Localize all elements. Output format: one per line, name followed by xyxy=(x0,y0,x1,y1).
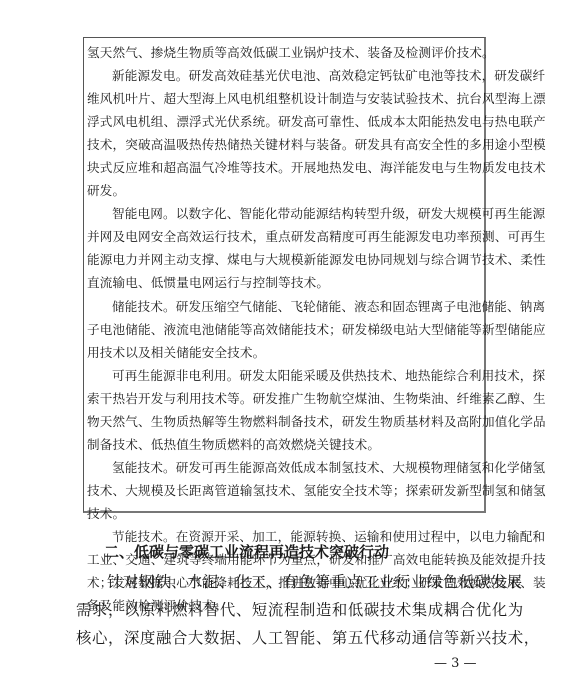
box-line: 技术。 xyxy=(87,502,481,525)
box-line-smart-grid: 智能电网。以数字化、智能化带动能源结构转型升级，研发大规模可再生能源 xyxy=(87,202,481,225)
box-line: 制备技术、低热值生物质燃料的高效燃烧关键技术。 xyxy=(87,433,481,456)
box-line: 氢天然气、掺烧生物质等高效低碳工业锅炉技术、装备及检测评价技术。 xyxy=(87,41,481,64)
box-line: 直流输电、低惯量电网运行与控制等技术。 xyxy=(87,271,481,294)
box-line: 索干热岩开发与利用技术等。研发推广生物航空煤油、生物柴油、纤维素乙醇、生 xyxy=(87,387,481,410)
box-line: 研发。 xyxy=(87,179,481,202)
box-line: 物天然气、生物质热解等生物燃料制备技术，研发生物质基材料及高附加值化学品 xyxy=(87,410,481,433)
box-line-energy-storage: 储能技术。研发压缩空气储能、飞轮储能、液态和固态锂离子电池储能、钠离 xyxy=(87,295,481,318)
box-line: 浮式风电机组、漂浮式光伏系统。研发高可靠性、低成本太阳能热发电与热电联产 xyxy=(87,110,481,133)
box-line-new-energy-power: 新能源发电。研发高效硅基光伏电池、高效稳定钙钛矿电池等技术，研发碳纤 xyxy=(87,64,481,87)
box-line: 技术，突破高温吸热传热储热关键材料与装备。研发具有高安全性的多用途小型模 xyxy=(87,133,481,156)
section-heading: 二、低碳与零碳工业流程再造技术突破行动 xyxy=(104,541,389,562)
paragraph-line: 针对钢铁、水泥、化工、有色等重点工业行业绿色低碳发展 xyxy=(76,568,506,596)
box-line: 用技术以及相关储能安全技术。 xyxy=(87,341,481,364)
paragraph-line: 核心，深度融合大数据、人工智能、第五代移动通信等新兴技术， xyxy=(76,624,506,652)
box-line-renewable-non-power: 可再生能源非电利用。研发太阳能采暖及供热技术、地热能综合利用技术，探 xyxy=(87,364,481,387)
box-line: 技术、大规模及长距离管道输氢技术、氢能安全技术等；探索研发新型制氢和储氢 xyxy=(87,479,481,502)
box-line: 并网及电网安全高效运行技术，重点研发高精度可再生能源发电功率预测、可再生 xyxy=(87,225,481,248)
box-line-hydrogen: 氢能技术。研发可再生能源高效低成本制氢技术、大规模物理储氢和化学储氢 xyxy=(87,456,481,479)
section-body: 针对钢铁、水泥、化工、有色等重点工业行业绿色低碳发展 需求，以原料燃料替代、短流… xyxy=(76,568,506,652)
paragraph-line: 需求，以原料燃料替代、短流程制造和低碳技术集成耦合优化为 xyxy=(76,596,506,624)
page-number: — 3 — xyxy=(434,656,477,671)
box-line: 子电池储能、液流电池储能等高效储能技术；研发梯级电站大型储能等新型储能应 xyxy=(87,318,481,341)
box-line: 维风机叶片、超大型海上风电机组整机设计制造与安装试验技术、抗台风型海上漂 xyxy=(87,87,481,110)
box-line: 能源电力并网主动支撑、煤电与大规模新能源发电协同规划与综合调节技术、柔性 xyxy=(87,248,481,271)
box-line: 块式反应堆和超高温气冷堆等技术。开展地热发电、海洋能发电与生物质发电技术 xyxy=(87,156,481,179)
technology-box: 氢天然气、掺烧生物质等高效低碳工业锅炉技术、装备及检测评价技术。 新能源发电。研… xyxy=(83,37,486,513)
